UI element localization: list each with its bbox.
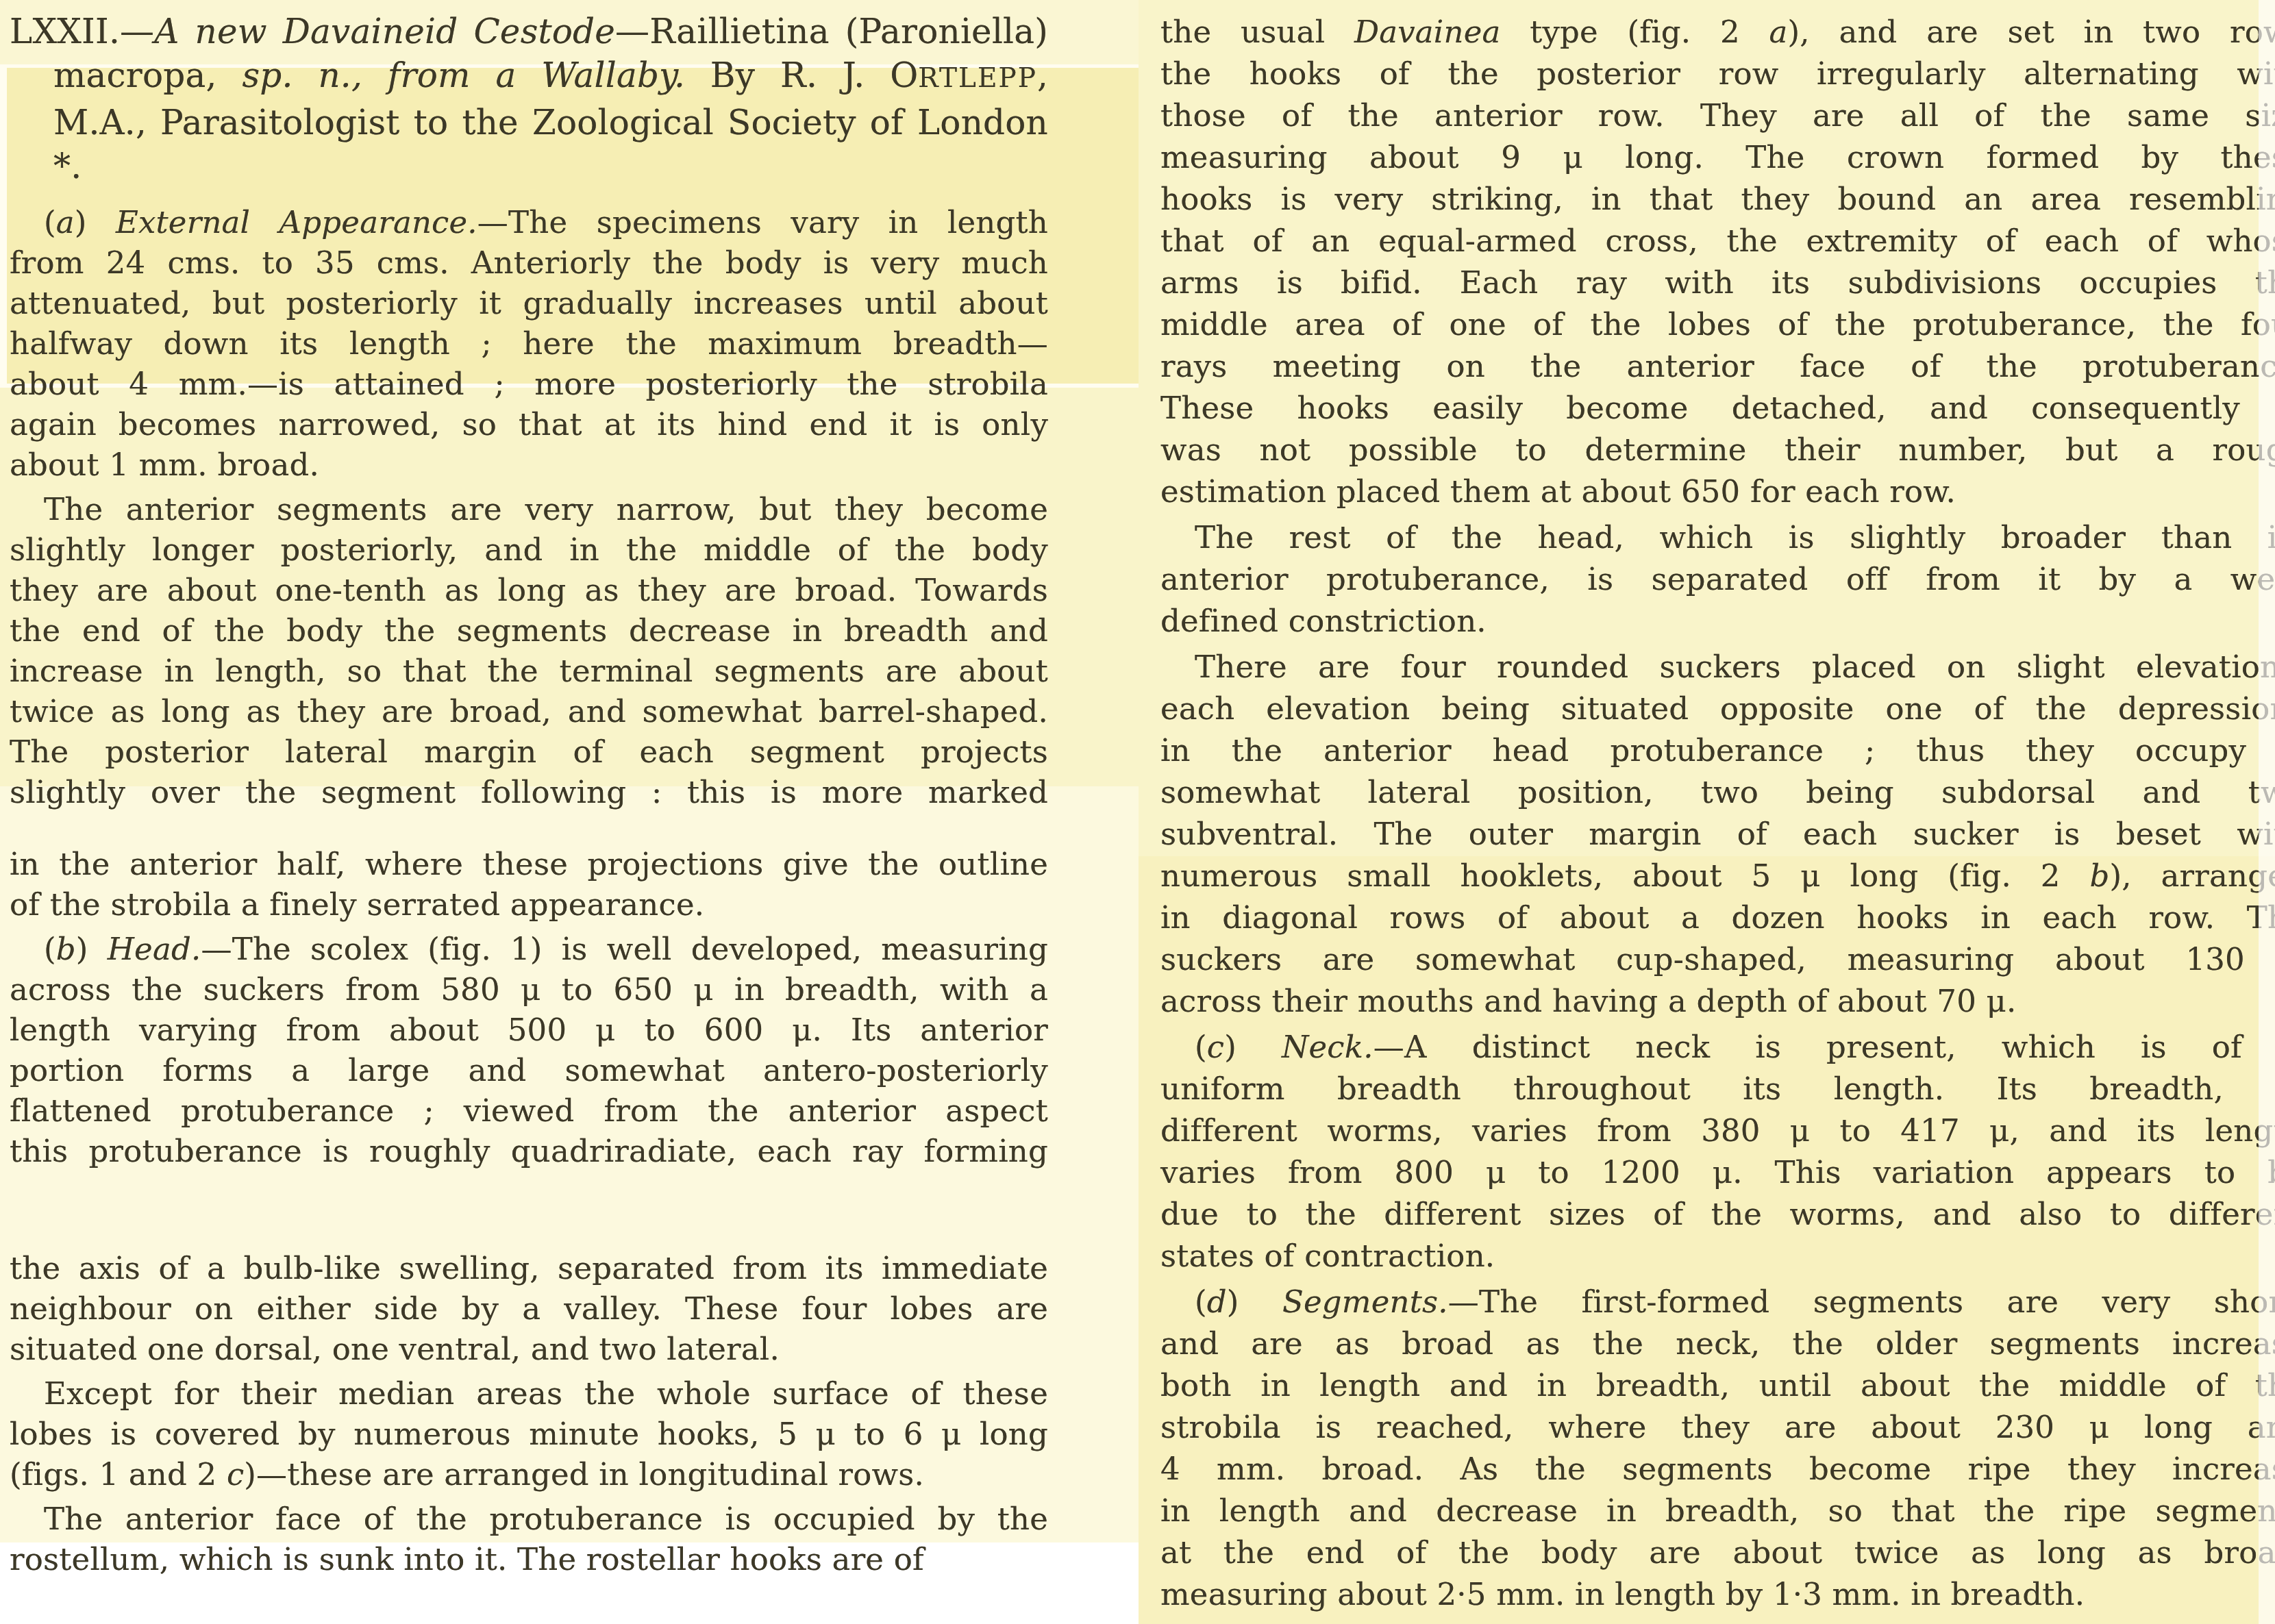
text-run: again becomes narrowed, so that at its h… (10, 406, 1048, 442)
text-run: of the strobila a finely serrated appear… (10, 886, 704, 923)
text-line: at the end of the body are about twice a… (1160, 1532, 2275, 1573)
scan-seam-left-edge (0, 68, 7, 384)
text-line: (a) External Appearance.—The specimens v… (10, 202, 1048, 242)
text-run: ( (1195, 1029, 1207, 1065)
paragraph-external-appearance: (a) External Appearance.—The specimens v… (10, 202, 1048, 485)
text-run: By R. J. O (685, 55, 918, 95)
text-run: There are four rounded suckers placed on… (1195, 649, 2275, 685)
text-run: macropa, (53, 55, 242, 95)
text-line: length varying from about 500 μ to 600 μ… (10, 1010, 1048, 1050)
text-line: defined constriction. (1160, 600, 2275, 642)
text-line: different worms, varies from 380 μ to 41… (1160, 1110, 2275, 1151)
paragraph-lobe-hooks: Except for their median areas the whole … (10, 1373, 1048, 1495)
text-line: The rest of the head, which is slightly … (1160, 516, 2275, 558)
text-line: M.A., Parasitologist to the Zoological S… (10, 101, 1048, 188)
text-line: situated one dorsal, one ventral, and tw… (10, 1329, 1048, 1369)
paragraph-suckers: There are four rounded suckers placed on… (1160, 646, 2275, 1022)
text-line: the hooks of the posterior row irregular… (1160, 53, 2275, 95)
small-caps-text: RTLEPP (918, 63, 1037, 94)
text-line: the axis of a bulb-like swelling, separa… (10, 1248, 1048, 1288)
text-line: about 4 mm.—is attained ; more posterior… (10, 364, 1048, 404)
text-run: due to the different sizes of the worms,… (1160, 1196, 2275, 1232)
text-line: The anterior face of the protuberance is… (10, 1499, 1048, 1539)
text-line: each elevation being situated opposite o… (1160, 688, 2275, 729)
page-right-edge (2259, 0, 2275, 1624)
text-line: the usual Davainea type (fig. 2 a), and … (1160, 11, 2275, 53)
text-line: that of an equal-armed cross, the extrem… (1160, 220, 2275, 262)
text-run: portion forms a large and somewhat anter… (10, 1052, 1048, 1088)
italic-text: Head. (108, 931, 201, 967)
text-run: uniform breadth throughout its length. I… (1160, 1071, 2275, 1107)
text-run: —The first-formed segments are very shor… (1448, 1284, 2275, 1320)
text-line: again becomes narrowed, so that at its h… (10, 404, 1048, 445)
text-run: different worms, varies from 380 μ to 41… (1160, 1112, 2275, 1149)
text-line: (c) Neck.—A distinct neck is present, wh… (1160, 1026, 2275, 1068)
text-line: estimation placed them at about 650 for … (1160, 471, 2275, 512)
text-run: defined constriction. (1160, 603, 1487, 639)
text-run: neighbour on either side by a valley. Th… (10, 1290, 1048, 1327)
text-run: somewhat lateral position, two being sub… (1160, 774, 2275, 810)
text-run: and are as broad as the neck, the older … (1160, 1325, 2275, 1362)
text-run: The rest of the head, which is slightly … (1195, 519, 2275, 555)
text-run: ( (44, 204, 56, 240)
text-run: across their mouths and having a depth o… (1160, 983, 2016, 1019)
paragraph-head: (b) Head.—The scolex (fig. 1) is well de… (10, 929, 1048, 1369)
text-run: rays meeting on the anterior face of the… (1160, 348, 2275, 384)
text-line: they are about one-tenth as long as they… (10, 570, 1048, 610)
italic-text: Neck. (1282, 1029, 1373, 1065)
text-run: they are about one-tenth as long as they… (10, 572, 1048, 608)
text-run: measuring about 2·5 mm. in length by 1·3… (1160, 1576, 2085, 1612)
text-line: due to the different sizes of the worms,… (1160, 1193, 2275, 1235)
text-run: These hooks easily become detached, and … (1160, 390, 2275, 426)
text-run: middle area of one of the lobes of the p… (1160, 306, 2275, 342)
text-line: somewhat lateral position, two being sub… (1160, 771, 2275, 813)
italic-text: b (2089, 858, 2109, 894)
text-run: —A distinct neck is present, which is of… (1373, 1029, 2275, 1065)
text-line: rostellum, which is sunk into it. The ro… (10, 1539, 1048, 1579)
text-line: LXXII.—A new Davaineid Cestode—Raillieti… (10, 10, 1048, 53)
italic-text: b (56, 931, 76, 967)
text-run: at the end of the body are about twice a… (1160, 1534, 2275, 1571)
paragraph-rostellum: The anterior face of the protuberance is… (10, 1499, 1048, 1579)
text-line: These hooks easily become detached, and … (1160, 387, 2275, 429)
paragraph-rostellar-hooks: the usual Davainea type (fig. 2 a), and … (1160, 11, 2275, 512)
text-line: measuring about 9 μ long. The crown form… (1160, 136, 2275, 178)
text-run: type (fig. 2 (1501, 14, 1769, 50)
text-run: varies from 800 μ to 1200 μ. This variat… (1160, 1154, 2275, 1190)
text-run: slightly over the segment following : th… (10, 774, 1048, 810)
text-line: twice as long as they are broad, and som… (10, 691, 1048, 732)
text-line: of the strobila a finely serrated appear… (10, 884, 1048, 925)
text-run: anterior protuberance, is separated off … (1160, 561, 2275, 597)
text-line: slightly over the segment following : th… (10, 772, 1048, 812)
text-line: those of the anterior row. They are all … (1160, 95, 2275, 136)
text-line: increase in length, so that the terminal… (10, 651, 1048, 691)
text-run: in length and decrease in breadth, so th… (1160, 1492, 2275, 1529)
text-run: measuring about 9 μ long. The crown form… (1160, 139, 2275, 175)
text-line: in the anterior half, where these projec… (10, 844, 1048, 884)
text-run: The posterior lateral margin of each seg… (10, 734, 1048, 770)
text-run: length varying from about 500 μ to 600 μ… (10, 1012, 1048, 1048)
text-run: estimation placed them at about 650 for … (1160, 473, 1956, 510)
italic-text: d (1207, 1284, 1227, 1320)
text-line: lobes is covered by numerous minute hook… (10, 1414, 1048, 1454)
text-line: uniform breadth throughout its length. I… (1160, 1068, 2275, 1110)
text-run: The anterior face of the protuberance is… (44, 1501, 1048, 1537)
text-line: macropa, sp. n., from a Wallaby. By R. J… (10, 53, 1048, 101)
text-line: hooks is very striking, in that they bou… (1160, 178, 2275, 220)
italic-text: c (1207, 1029, 1224, 1065)
text-line: (b) Head.—The scolex (fig. 1) is well de… (10, 929, 1048, 969)
text-run: Except for their median areas the whole … (44, 1375, 1048, 1412)
text-run: —The specimens vary in length (477, 204, 1048, 240)
text-run: lobes is covered by numerous minute hook… (10, 1416, 1048, 1452)
paragraph-rest-of-head: The rest of the head, which is slightly … (1160, 516, 2275, 642)
text-run: (figs. 1 and 2 (10, 1456, 227, 1492)
text-run: LXXII.— (10, 12, 154, 51)
text-line: Except for their median areas the whole … (10, 1373, 1048, 1414)
text-run: ( (44, 931, 56, 967)
text-run: across the suckers from 580 μ to 650 μ i… (10, 971, 1048, 1008)
text-run: numerous small hooklets, about 5 μ long … (1160, 858, 2089, 894)
text-run: ) (1227, 1284, 1282, 1320)
text-line: slightly longer posteriorly, and in the … (10, 529, 1048, 570)
text-run: the hooks of the posterior row irregular… (1160, 55, 2275, 92)
text-run: states of contraction. (1160, 1238, 1495, 1274)
text-run: that of an equal-armed cross, the extrem… (1160, 223, 2275, 259)
paragraph-anterior-segments: The anterior segments are very narrow, b… (10, 489, 1048, 925)
text-run: ) (1224, 1029, 1282, 1065)
text-run: ) (75, 204, 116, 240)
text-run: suckers are somewhat cup-shaped, measuri… (1160, 941, 2275, 977)
text-line: (figs. 1 and 2 c)—these are arranged in … (10, 1454, 1048, 1495)
text-line: suckers are somewhat cup-shaped, measuri… (1160, 938, 2275, 980)
text-run: halfway down its length ; here the maxim… (10, 325, 1048, 362)
text-run: —The scolex (fig. 1) is well developed, … (201, 931, 1049, 967)
text-line: varies from 800 μ to 1200 μ. This variat… (1160, 1151, 2275, 1193)
text-run: the axis of a bulb-like swelling, separa… (10, 1250, 1048, 1286)
text-run: in diagonal rows of about a dozen hooks … (1160, 899, 2275, 936)
text-line: rays meeting on the anterior face of the… (1160, 345, 2275, 387)
text-line: this protuberance is roughly quadriradia… (10, 1131, 1048, 1171)
italic-text: a (56, 204, 75, 240)
text-run: hooks is very striking, in that they bou… (1160, 181, 2275, 217)
text-run: M.A., Parasitologist to the Zoological S… (53, 103, 1048, 186)
text-run: those of the anterior row. They are all … (1160, 97, 2275, 134)
text-run: ) (76, 931, 108, 967)
text-line: about 1 mm. broad. (10, 445, 1048, 485)
text-run: ( (1195, 1284, 1207, 1320)
text-line: across the suckers from 580 μ to 650 μ i… (10, 969, 1048, 1010)
text-line: subventral. The outer margin of each suc… (1160, 813, 2275, 855)
text-run: —Raillietina (Paroniella) (615, 12, 1048, 51)
text-line: measuring about 2·5 mm. in length by 1·3… (1160, 1573, 2275, 1615)
text-line: in length and decrease in breadth, so th… (1160, 1490, 2275, 1532)
paragraph-segments: (d) Segments.—The first-formed segments … (1160, 1281, 2275, 1615)
text-line: in diagonal rows of about a dozen hooks … (1160, 897, 2275, 938)
text-run: increase in length, so that the terminal… (10, 653, 1048, 689)
text-run: about 1 mm. broad. (10, 447, 319, 483)
text-line: halfway down its length ; here the maxim… (10, 323, 1048, 364)
article-title: LXXII.—A new Davaineid Cestode—Raillieti… (10, 10, 1048, 188)
text-line: states of contraction. (1160, 1235, 2275, 1277)
text-run: the end of the body the segments decreas… (10, 612, 1048, 649)
text-line: from 24 cms. to 35 cms. Anteriorly the b… (10, 242, 1048, 283)
text-line: and are as broad as the neck, the older … (1160, 1323, 2275, 1364)
italic-text: sp. n., from a Wallaby. (242, 55, 685, 95)
text-run: about 4 mm.—is attained ; more posterior… (10, 366, 1048, 402)
text-line: arms is bifid. Each ray with its subdivi… (1160, 262, 2275, 303)
text-run: ), and are set in two rows (1787, 14, 2275, 50)
text-line: strobila is reached, where they are abou… (1160, 1406, 2275, 1448)
text-run: )—these are arranged in longitudinal row… (244, 1456, 924, 1492)
text-line: anterior protuberance, is separated off … (1160, 558, 2275, 600)
italic-text: a (1769, 14, 1787, 50)
text-line: flattened protuberance ; viewed from the… (10, 1090, 1048, 1131)
text-line: portion forms a large and somewhat anter… (10, 1050, 1048, 1090)
text-run: slightly longer posteriorly, and in the … (10, 532, 1048, 568)
paragraph-neck: (c) Neck.—A distinct neck is present, wh… (1160, 1026, 2275, 1277)
text-run: ), arranged (2109, 858, 2275, 894)
italic-text: External Appearance. (116, 204, 477, 240)
right-column: the usual Davainea type (fig. 2 a), and … (1160, 0, 2275, 1615)
text-line: The posterior lateral margin of each seg… (10, 732, 1048, 772)
text-line: There are four rounded suckers placed on… (1160, 646, 2275, 688)
text-line: neighbour on either side by a valley. Th… (10, 1288, 1048, 1329)
left-column: LXXII.—A new Davaineid Cestode—Raillieti… (10, 0, 1048, 1579)
text-line: the end of the body the segments decreas… (10, 610, 1048, 651)
text-run: rostellum, which is sunk into it. The ro… (10, 1541, 924, 1577)
text-run: arms is bifid. Each ray with its subdivi… (1160, 264, 2275, 301)
text-run: from 24 cms. to 35 cms. Anteriorly the b… (10, 245, 1048, 281)
text-run: twice as long as they are broad, and som… (10, 693, 1048, 729)
text-run: The anterior segments are very narrow, b… (44, 491, 1048, 527)
text-line: numerous small hooklets, about 5 μ long … (1160, 855, 2275, 897)
text-line: in the anterior head protuberance ; thus… (1160, 729, 2275, 771)
text-line: (d) Segments.—The first-formed segments … (1160, 1281, 2275, 1323)
text-run: attenuated, but posteriorly it gradually… (10, 285, 1048, 321)
italic-text: Segments. (1282, 1284, 1448, 1320)
text-line: both in length and in breadth, until abo… (1160, 1364, 2275, 1406)
text-line: middle area of one of the lobes of the p… (1160, 303, 2275, 345)
text-line: 4 mm. broad. As the segments become ripe… (1160, 1448, 2275, 1490)
italic-text: A new Davaineid Cestode (154, 12, 615, 51)
text-run: , (1037, 55, 1048, 95)
text-line: attenuated, but posteriorly it gradually… (10, 283, 1048, 323)
text-line: was not possible to determine their numb… (1160, 429, 2275, 471)
text-run: was not possible to determine their numb… (1160, 432, 2275, 468)
text-run: 4 mm. broad. As the segments become ripe… (1160, 1451, 2275, 1487)
italic-text: Davainea (1354, 14, 1501, 50)
text-run: subventral. The outer margin of each suc… (1160, 816, 2275, 852)
text-run: in the anterior head protuberance ; thus… (1160, 732, 2275, 769)
text-run: both in length and in breadth, until abo… (1160, 1367, 2275, 1403)
text-line: across their mouths and having a depth o… (1160, 980, 2275, 1022)
text-run: in the anterior half, where these projec… (10, 846, 1048, 882)
text-run: this protuberance is roughly quadriradia… (10, 1133, 1048, 1169)
text-run: each elevation being situated opposite o… (1160, 690, 2275, 727)
text-run: situated one dorsal, one ventral, and tw… (10, 1331, 780, 1367)
text-run: strobila is reached, where they are abou… (1160, 1409, 2275, 1445)
text-line: The anterior segments are very narrow, b… (10, 489, 1048, 529)
text-run: the usual (1160, 14, 1354, 50)
italic-text: c (227, 1456, 244, 1492)
text-run: flattened protuberance ; viewed from the… (10, 1092, 1048, 1129)
